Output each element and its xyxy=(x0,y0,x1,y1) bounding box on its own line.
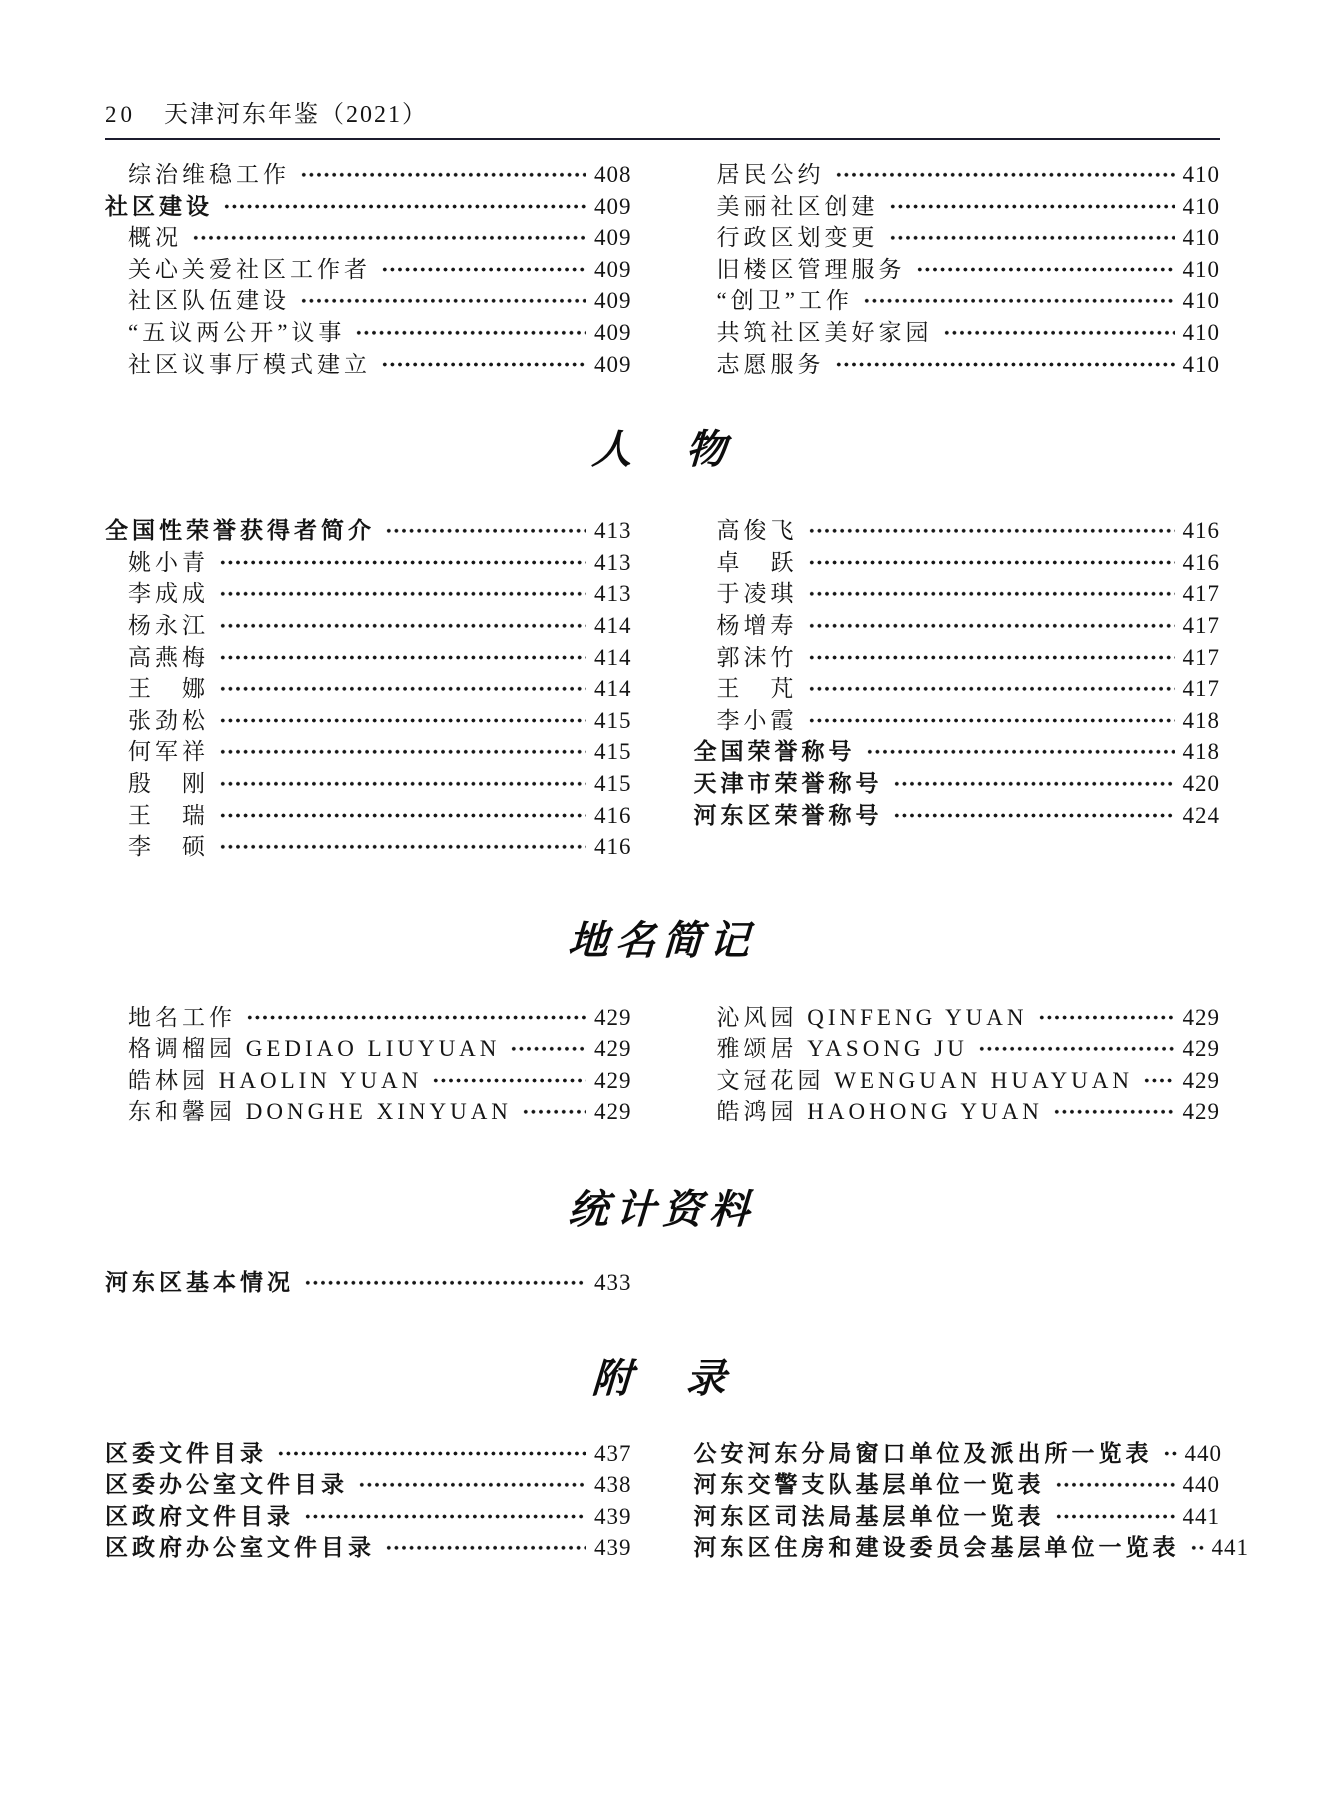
toc-entry: 美丽社区创建410 xyxy=(694,191,1221,223)
toc-entry-title: 高燕梅 xyxy=(105,642,209,674)
toc-dot-leader xyxy=(889,222,1175,254)
toc-page-number: 409 xyxy=(594,191,632,223)
toc-entry: 高燕梅414 xyxy=(105,642,632,674)
toc-page-number: 416 xyxy=(1183,547,1221,579)
toc-entry: 区政府文件目录439 xyxy=(105,1501,632,1533)
toc-entry: 居民公约410 xyxy=(694,159,1221,191)
toc-page-number: 415 xyxy=(594,768,632,800)
toc-page-number: 410 xyxy=(1183,349,1221,381)
toc-page-number: 429 xyxy=(594,1002,632,1034)
toc-entry: 文冠花园 WENGUAN HUAYUAN429 xyxy=(694,1065,1221,1097)
toc-entry: 志愿服务410 xyxy=(694,349,1221,381)
toc-entry: 河东区司法局基层单位一览表441 xyxy=(694,1501,1221,1533)
toc-entry: 何军祥415 xyxy=(105,736,632,768)
toc-page-number: 441 xyxy=(1183,1501,1221,1533)
toc-dot-leader xyxy=(808,610,1175,642)
section-heading-statistics: 统计资料 xyxy=(104,1178,1222,1235)
toc-entry-title: 社区队伍建设 xyxy=(105,285,290,317)
toc-entry-title: 张劲松 xyxy=(105,705,209,737)
toc-entry-title: 皓林园 HAOLIN YUAN xyxy=(105,1065,422,1097)
toc-dot-leader xyxy=(219,768,586,800)
toc-dot-leader xyxy=(916,254,1175,286)
toc-dot-leader xyxy=(304,1501,586,1533)
toc-dot-leader xyxy=(1163,1438,1177,1470)
toc-entry-title: 皓鸿园 HAOHONG YUAN xyxy=(694,1096,1043,1128)
toc-entry-title: 关心关爱社区工作者 xyxy=(105,254,371,286)
toc-dot-leader xyxy=(219,642,586,674)
toc-page-number: 437 xyxy=(594,1438,632,1470)
toc-dot-leader xyxy=(1143,1065,1175,1097)
toc-entry: 天津市荣誉称号420 xyxy=(694,768,1221,800)
toc-dot-leader xyxy=(385,515,586,547)
toc-entry-title: 殷 刚 xyxy=(105,768,209,800)
toc-entry-title: 卓 跃 xyxy=(694,547,798,579)
toc-entry-title: 行政区划变更 xyxy=(694,222,879,254)
toc-entry: 于凌琪417 xyxy=(694,578,1221,610)
toc-dot-leader xyxy=(808,705,1175,737)
toc-entry-title: 姚小青 xyxy=(105,547,209,579)
toc-dot-leader xyxy=(219,547,586,579)
toc-page-number: 414 xyxy=(594,642,632,674)
running-head: 20 天津河东年鉴（2021） xyxy=(105,94,1220,140)
toc-dot-leader xyxy=(219,705,586,737)
toc-dot-leader xyxy=(304,1267,586,1299)
toc-entry-title: 天津市荣誉称号 xyxy=(694,768,883,800)
toc-entry: 东和馨园 DONGHE XINYUAN429 xyxy=(105,1096,632,1128)
toc-entry-title: 区委文件目录 xyxy=(105,1438,267,1470)
toc-entry: 综治维稳工作408 xyxy=(105,159,632,191)
toc-entry: 区政府办公室文件目录439 xyxy=(105,1532,632,1564)
toc-entry-title: 李成成 xyxy=(105,578,209,610)
toc-entry-title: 河东区基本情况 xyxy=(105,1267,294,1299)
toc-section-people: 人 物 全国性荣誉获得者简介413姚小青413李成成413杨永江414高燕梅41… xyxy=(105,418,1220,863)
toc-page-number: 413 xyxy=(594,547,632,579)
toc-page-number: 408 xyxy=(594,159,632,191)
toc-page-number: 429 xyxy=(1183,1002,1221,1034)
toc-dot-leader xyxy=(889,191,1175,223)
toc-page-number: 416 xyxy=(594,831,632,863)
toc-dot-leader xyxy=(808,673,1175,705)
toc-entry-title: 共筑社区美好家园 xyxy=(694,317,933,349)
toc-entry: 社区队伍建设409 xyxy=(105,285,632,317)
toc-column-left: 河东区基本情况433 xyxy=(105,1267,632,1299)
toc-dot-leader xyxy=(510,1033,586,1065)
toc-column-right: 公安河东分局窗口单位及派出所一览表440河东交警支队基层单位一览表440河东区司… xyxy=(694,1438,1221,1564)
toc-section-statistics: 统计资料 河东区基本情况433 xyxy=(105,1178,1220,1299)
toc-entry-title: 于凌琪 xyxy=(694,578,798,610)
toc-entry: “创卫”工作410 xyxy=(694,285,1221,317)
section-heading-people: 人 物 xyxy=(104,418,1222,475)
toc-entry: 河东区住房和建设委员会基层单位一览表441 xyxy=(694,1532,1221,1564)
toc-column-right xyxy=(694,1267,1221,1299)
toc-entry: 杨增寿417 xyxy=(694,610,1221,642)
toc-entry: 区委办公室文件目录438 xyxy=(105,1469,632,1501)
toc-entry-title: 区政府文件目录 xyxy=(105,1501,294,1533)
toc-entry: 高俊飞416 xyxy=(694,515,1221,547)
toc-dot-leader xyxy=(522,1096,586,1128)
toc-page-number: 414 xyxy=(594,610,632,642)
toc-page-number: 410 xyxy=(1183,222,1221,254)
toc-page-number: 409 xyxy=(594,222,632,254)
toc-entry-title: 全国性荣誉获得者简介 xyxy=(105,515,375,547)
toc-dot-leader xyxy=(246,1002,586,1034)
toc-entry: 王 娜414 xyxy=(105,673,632,705)
toc-entry-title: 概况 xyxy=(105,222,182,254)
toc-entry: 社区议事厅模式建立409 xyxy=(105,349,632,381)
toc-entry-title: 居民公约 xyxy=(694,159,825,191)
toc-dot-leader xyxy=(808,578,1175,610)
table-of-contents: 综治维稳工作408社区建设409概况409关心关爱社区工作者409社区队伍建设4… xyxy=(105,159,1220,1564)
toc-page-number: 429 xyxy=(594,1033,632,1065)
toc-page-number: 415 xyxy=(594,736,632,768)
toc-page-number: 440 xyxy=(1185,1438,1223,1470)
toc-column-left: 区委文件目录437区委办公室文件目录438区政府文件目录439区政府办公室文件目… xyxy=(105,1438,632,1564)
toc-entry: 李 硕416 xyxy=(105,831,632,863)
toc-dot-leader xyxy=(835,349,1175,381)
toc-page-number: 409 xyxy=(594,349,632,381)
toc-page-number: 416 xyxy=(1183,515,1221,547)
toc-page-number: 417 xyxy=(1183,578,1221,610)
toc-entry-title: 王 瑞 xyxy=(105,800,209,832)
toc-page-number: 429 xyxy=(594,1065,632,1097)
toc-column-left: 全国性荣誉获得者简介413姚小青413李成成413杨永江414高燕梅414王 娜… xyxy=(105,515,632,863)
toc-entry-title: 杨永江 xyxy=(105,610,209,642)
toc-page-number: 433 xyxy=(594,1267,632,1299)
toc-entry-title: 社区建设 xyxy=(105,191,213,223)
toc-entry: 区委文件目录437 xyxy=(105,1438,632,1470)
toc-page-number: 440 xyxy=(1183,1469,1221,1501)
toc-dot-leader xyxy=(978,1033,1175,1065)
toc-entry: 杨永江414 xyxy=(105,610,632,642)
section-heading-placenames: 地名简记 xyxy=(104,909,1222,966)
toc-dot-leader xyxy=(1055,1469,1175,1501)
toc-entry: 全国性荣誉获得者简介413 xyxy=(105,515,632,547)
toc-dot-leader xyxy=(381,349,586,381)
toc-entry-title: 全国荣誉称号 xyxy=(694,736,856,768)
toc-page-number: 410 xyxy=(1183,254,1221,286)
toc-dot-leader xyxy=(277,1438,586,1470)
toc-dot-leader xyxy=(432,1065,586,1097)
toc-dot-leader xyxy=(385,1532,586,1564)
toc-page-number: 420 xyxy=(1183,768,1221,800)
toc-entry: 地名工作429 xyxy=(105,1002,632,1034)
toc-entry: 郭沫竹417 xyxy=(694,642,1221,674)
toc-dot-leader xyxy=(808,642,1175,674)
toc-dot-leader xyxy=(219,610,586,642)
toc-dot-leader xyxy=(1038,1002,1175,1034)
toc-page-number: 410 xyxy=(1183,317,1221,349)
toc-dot-leader xyxy=(866,736,1175,768)
toc-dot-leader xyxy=(893,800,1175,832)
toc-dot-leader xyxy=(808,547,1175,579)
toc-dot-leader xyxy=(358,1469,586,1501)
toc-column-right: 沁风园 QINFENG YUAN429雅颂居 YASONG JU429文冠花园 … xyxy=(694,1002,1221,1128)
toc-entry-title: 志愿服务 xyxy=(694,349,825,381)
toc-page-number: 413 xyxy=(594,578,632,610)
toc-entry-title: 格调榴园 GEDIAO LIUYUAN xyxy=(105,1033,500,1065)
toc-entry: 李成成413 xyxy=(105,578,632,610)
toc-dot-leader xyxy=(943,317,1175,349)
toc-section-placenames: 地名简记 地名工作429格调榴园 GEDIAO LIUYUAN429皓林园 HA… xyxy=(105,909,1220,1128)
toc-page-number: 410 xyxy=(1183,159,1221,191)
toc-page-number: 409 xyxy=(594,254,632,286)
toc-dot-leader xyxy=(219,800,586,832)
toc-entry: 王 瑞416 xyxy=(105,800,632,832)
toc-entry: 皓鸿园 HAOHONG YUAN429 xyxy=(694,1096,1221,1128)
toc-entry-title: 高俊飞 xyxy=(694,515,798,547)
toc-entry: 河东区基本情况433 xyxy=(105,1267,632,1299)
toc-page-number: 417 xyxy=(1183,673,1221,705)
toc-entry: 全国荣誉称号418 xyxy=(694,736,1221,768)
toc-entry: 概况409 xyxy=(105,222,632,254)
toc-entry: 雅颂居 YASONG JU429 xyxy=(694,1033,1221,1065)
toc-entry-title: 文冠花园 WENGUAN HUAYUAN xyxy=(694,1065,1133,1097)
toc-dot-leader xyxy=(1053,1096,1175,1128)
toc-entry: 李小霞418 xyxy=(694,705,1221,737)
toc-entry: “五议两公开”议事409 xyxy=(105,317,632,349)
toc-section-appendix: 附 录 区委文件目录437区委办公室文件目录438区政府文件目录439区政府办公… xyxy=(105,1347,1220,1564)
yearbook-toc-page: 20 天津河东年鉴（2021） 综治维稳工作408社区建设409概况409关心关… xyxy=(0,0,1323,1795)
toc-column-left: 综治维稳工作408社区建设409概况409关心关爱社区工作者409社区队伍建设4… xyxy=(105,159,632,380)
toc-page-number: 410 xyxy=(1183,191,1221,223)
toc-entry-title: 杨增寿 xyxy=(694,610,798,642)
toc-page-number: 409 xyxy=(594,317,632,349)
toc-dot-leader xyxy=(1055,1501,1175,1533)
toc-entry-title: 河东区荣誉称号 xyxy=(694,800,883,832)
toc-dot-leader xyxy=(219,578,586,610)
toc-dot-leader xyxy=(808,515,1175,547)
toc-page-number: 416 xyxy=(594,800,632,832)
toc-dot-leader xyxy=(381,254,586,286)
toc-page-number: 429 xyxy=(1183,1065,1221,1097)
toc-page-number: 424 xyxy=(1183,800,1221,832)
toc-dot-leader xyxy=(219,673,586,705)
toc-page-number: 439 xyxy=(594,1532,632,1564)
toc-page-number: 413 xyxy=(594,515,632,547)
toc-page-number: 429 xyxy=(594,1096,632,1128)
toc-dot-leader xyxy=(219,831,586,863)
toc-entry: 旧楼区管理服务410 xyxy=(694,254,1221,286)
toc-entry: 卓 跃416 xyxy=(694,547,1221,579)
toc-dot-leader xyxy=(192,222,586,254)
toc-entry: 关心关爱社区工作者409 xyxy=(105,254,632,286)
toc-page-number: 438 xyxy=(594,1469,632,1501)
toc-entry-title: 王 芃 xyxy=(694,673,798,705)
toc-dot-leader xyxy=(300,159,586,191)
toc-entry-title: 区委办公室文件目录 xyxy=(105,1469,348,1501)
toc-page-number: 429 xyxy=(1183,1033,1221,1065)
toc-entry: 公安河东分局窗口单位及派出所一览表440 xyxy=(694,1438,1221,1470)
toc-entry-title: 沁风园 QINFENG YUAN xyxy=(694,1002,1028,1034)
section-heading-appendix: 附 录 xyxy=(104,1347,1222,1404)
toc-page-number: 418 xyxy=(1183,736,1221,768)
toc-dot-leader xyxy=(223,191,586,223)
toc-page-number: 409 xyxy=(594,285,632,317)
toc-entry-title: 公安河东分局窗口单位及派出所一览表 xyxy=(694,1438,1153,1470)
toc-dot-leader xyxy=(863,285,1175,317)
toc-entry: 格调榴园 GEDIAO LIUYUAN429 xyxy=(105,1033,632,1065)
toc-dot-leader xyxy=(355,317,586,349)
toc-entry: 皓林园 HAOLIN YUAN429 xyxy=(105,1065,632,1097)
toc-dot-leader xyxy=(835,159,1175,191)
toc-entry-title: 王 娜 xyxy=(105,673,209,705)
toc-entry: 张劲松415 xyxy=(105,705,632,737)
toc-column-right: 高俊飞416卓 跃416于凌琪417杨增寿417郭沫竹417王 芃417李小霞4… xyxy=(694,515,1221,863)
toc-page-number: 417 xyxy=(1183,642,1221,674)
toc-column-right: 居民公约410美丽社区创建410行政区划变更410旧楼区管理服务410“创卫”工… xyxy=(694,159,1221,380)
toc-page-number: 418 xyxy=(1183,705,1221,737)
toc-entry-title: 何军祥 xyxy=(105,736,209,768)
toc-entry: 殷 刚415 xyxy=(105,768,632,800)
toc-entry-title: 东和馨园 DONGHE XINYUAN xyxy=(105,1096,512,1128)
toc-column-left: 地名工作429格调榴园 GEDIAO LIUYUAN429皓林园 HAOLIN … xyxy=(105,1002,632,1128)
folio-page-number: 20 xyxy=(105,102,136,128)
toc-entry-title: “创卫”工作 xyxy=(694,285,853,317)
toc-page-number: 439 xyxy=(594,1501,632,1533)
toc-dot-leader xyxy=(893,768,1175,800)
toc-entry-title: 河东区住房和建设委员会基层单位一览表 xyxy=(694,1532,1180,1564)
toc-entry-title: 综治维稳工作 xyxy=(105,159,290,191)
toc-page-number: 415 xyxy=(594,705,632,737)
toc-page-number: 414 xyxy=(594,673,632,705)
toc-section-community: 综治维稳工作408社区建设409概况409关心关爱社区工作者409社区队伍建设4… xyxy=(105,159,1220,380)
toc-entry: 沁风园 QINFENG YUAN429 xyxy=(694,1002,1221,1034)
toc-page-number: 429 xyxy=(1183,1096,1221,1128)
toc-entry-title: 李小霞 xyxy=(694,705,798,737)
toc-entry-title: 李 硕 xyxy=(105,831,209,863)
toc-entry: 行政区划变更410 xyxy=(694,222,1221,254)
toc-entry-title: 郭沫竹 xyxy=(694,642,798,674)
toc-entry: 姚小青413 xyxy=(105,547,632,579)
toc-entry-title: 河东交警支队基层单位一览表 xyxy=(694,1469,1045,1501)
toc-entry-title: 雅颂居 YASONG JU xyxy=(694,1033,968,1065)
toc-entry: 河东交警支队基层单位一览表440 xyxy=(694,1469,1221,1501)
toc-entry-title: “五议两公开”议事 xyxy=(105,317,345,349)
toc-entry-title: 区政府办公室文件目录 xyxy=(105,1532,375,1564)
toc-page-number: 417 xyxy=(1183,610,1221,642)
toc-entry: 共筑社区美好家园410 xyxy=(694,317,1221,349)
toc-entry-title: 地名工作 xyxy=(105,1002,236,1034)
toc-entry: 河东区荣誉称号424 xyxy=(694,800,1221,832)
toc-entry-title: 旧楼区管理服务 xyxy=(694,254,906,286)
toc-dot-leader xyxy=(1190,1532,1204,1564)
toc-page-number: 410 xyxy=(1183,285,1221,317)
toc-dot-leader xyxy=(300,285,586,317)
toc-entry-title: 美丽社区创建 xyxy=(694,191,879,223)
toc-entry: 王 芃417 xyxy=(694,673,1221,705)
toc-entry: 社区建设409 xyxy=(105,191,632,223)
book-title: 天津河东年鉴（2021） xyxy=(164,94,428,129)
toc-page-number: 441 xyxy=(1212,1532,1250,1564)
toc-dot-leader xyxy=(219,736,586,768)
toc-entry-title: 社区议事厅模式建立 xyxy=(105,349,371,381)
toc-entry-title: 河东区司法局基层单位一览表 xyxy=(694,1501,1045,1533)
